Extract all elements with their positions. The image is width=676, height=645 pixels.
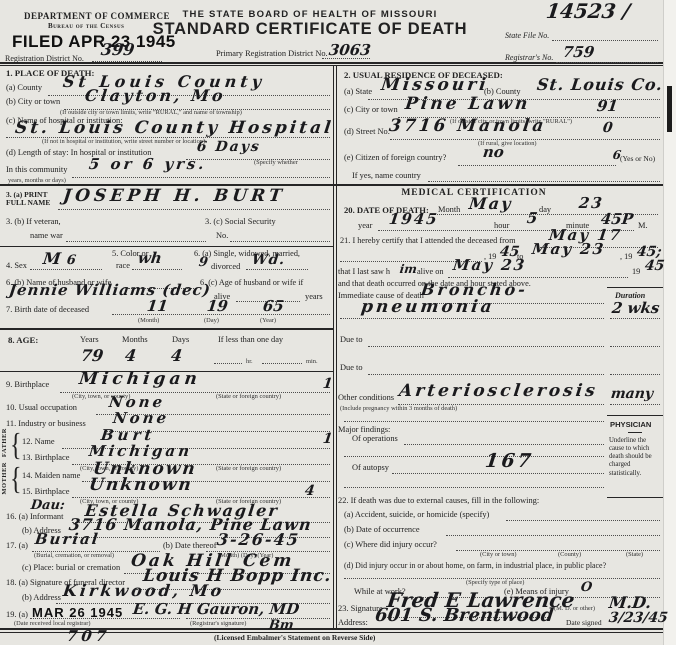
residence-city-label: (c) City or town	[344, 106, 398, 114]
dotted-line	[610, 318, 660, 319]
scan-artifact-bar	[667, 86, 672, 132]
informant-relation: Dau:	[30, 499, 66, 512]
specify-note2: years, months or days)	[8, 178, 66, 184]
dotted-line	[92, 61, 162, 62]
last-saw-label: that I last saw h	[338, 268, 390, 276]
father-name-label: 12. Name	[22, 438, 55, 446]
means-of-injury-code: O	[580, 581, 593, 594]
embalmer-note: (Licensed Embalmer's Statement on Revers…	[214, 634, 375, 642]
accident-label: (a) Accident, suicide, or homicide (spec…	[344, 511, 489, 519]
certify-19b: , 19	[620, 253, 632, 261]
duration-box-top	[607, 287, 663, 288]
state-file-label: State File No.	[505, 32, 549, 40]
color-value: wh	[137, 251, 163, 266]
certify-year2: 45;	[636, 245, 662, 259]
dotted-line	[72, 177, 330, 178]
mother-birthplace-value: Unknown	[88, 477, 194, 494]
sex-code: 6	[66, 254, 77, 267]
month-note: (Month)	[138, 318, 159, 324]
community-label: In this community	[6, 166, 67, 174]
registrar-signature-note: (Registrar's signature)	[190, 621, 246, 627]
duration-value: 2 wks	[611, 301, 660, 316]
father-bp-state-note: (State or foreign country)	[216, 466, 281, 472]
spouse-value: Jennie Williams (dec)	[8, 283, 212, 298]
street-value: 3716 Manola	[388, 118, 547, 135]
residence-state-value: Missouri	[380, 77, 490, 94]
dod-month-value: May	[468, 196, 513, 212]
md-or-other-note: (M. D. or other)	[554, 606, 595, 612]
alive-on-label: alive on	[417, 268, 444, 276]
mother-birthplace-label: 15. Birthplace	[22, 488, 69, 496]
dotted-line	[448, 277, 628, 278]
death-certificate-document: DEPARTMENT OF COMMERCE Bureau of the Cen…	[0, 0, 676, 645]
dotted-line	[344, 421, 604, 422]
received-label: 19. (a)	[6, 611, 28, 619]
min-label: min.	[306, 359, 318, 365]
marital-label2: divorced	[211, 263, 240, 271]
dod-hour-value: 5	[526, 211, 538, 226]
veteran-label: 3. (b) If veteran,	[6, 218, 61, 226]
burial-place-label: (c) Place: burial or cremation	[22, 564, 120, 572]
reg-district-value: 399	[100, 42, 135, 58]
community-value: 5 or 6 yrs.	[88, 157, 208, 172]
birthdate-year: 65	[262, 299, 285, 314]
hospital-note: (If not in hospital or institution, writ…	[42, 139, 205, 145]
rule-above-age	[0, 328, 333, 330]
dod-year-label: year	[358, 222, 372, 230]
physician-box-top	[607, 415, 663, 416]
physician-note: Underline the cause to which death shoul…	[609, 437, 661, 478]
dotted-line	[246, 269, 308, 270]
dotted-line	[186, 618, 330, 619]
mother-name-label: 14. Maiden name	[22, 472, 80, 480]
dotted-line	[458, 165, 616, 166]
dotted-line	[446, 535, 660, 536]
certify-line1: 21. I hereby certify that I attended the…	[340, 237, 516, 245]
date-signed-label: Date signed	[566, 619, 602, 627]
hospital-value: St. Louis County Hospital	[14, 120, 335, 137]
specify-note: (Specify whether	[254, 160, 298, 166]
dept-line1: DEPARTMENT OF COMMERCE	[24, 12, 170, 21]
ssn-no-label: No.	[216, 232, 228, 240]
age-years-header: Years	[80, 336, 99, 344]
physician-address-value: 601 S. Brentwood	[374, 607, 555, 625]
age-less-header: If less than one day	[218, 336, 283, 344]
physician-title: PHYSICIAN	[610, 421, 651, 429]
age-days-value: 4	[170, 348, 183, 364]
father-name-code: 1	[322, 432, 333, 446]
other-conditions-duration: many	[610, 387, 654, 401]
city-value: Clayton, Mo	[84, 88, 227, 104]
age-years-value: 79	[80, 348, 104, 364]
primary-district-label: Primary Registration District No.	[216, 50, 328, 58]
other-conditions-value: Arteriosclerosis	[398, 383, 599, 400]
dod-minute-value: 45P	[600, 212, 634, 227]
dotted-line	[610, 346, 660, 347]
veteran-war-label: name war	[30, 232, 63, 240]
date-signed-value: 3/23/45	[608, 611, 669, 625]
dotted-line	[230, 241, 330, 242]
injury-county-note: (County)	[558, 552, 581, 558]
citizen-label: (e) Citizen of foreign country?	[344, 154, 446, 162]
fullname-value: JOSEPH H. BURT	[62, 188, 287, 205]
father-brace: {	[10, 429, 22, 464]
dotted-line	[506, 520, 660, 521]
dotted-line	[428, 181, 660, 182]
external-causes-heading: 22. If death was due to external causes,…	[338, 497, 539, 505]
father-name-value: Burt	[100, 428, 156, 443]
primary-district-value: 3063	[328, 43, 372, 58]
physician-dash	[628, 432, 642, 433]
physician-degree: M.D.	[608, 595, 652, 611]
citizen-yesno-note: (Yes or No)	[620, 155, 655, 163]
citizen-value: no	[482, 145, 505, 160]
residence-city-value: Pine Lawn	[404, 96, 531, 113]
attended-to-value: May 23	[531, 242, 606, 257]
immediate-cause-value2: pneumonia	[360, 299, 496, 316]
spouse-age-years-label: years	[305, 293, 323, 301]
dotted-line	[340, 318, 604, 319]
burial-value: Burial	[34, 532, 100, 547]
column-divider-right	[336, 66, 337, 628]
birthplace-state-note: (State or foreign country)	[216, 394, 281, 400]
year-note: (Year)	[260, 318, 276, 324]
physician-box-bottom	[607, 497, 663, 498]
board-title: THE STATE BOARD OF HEALTH OF MISSOURI	[150, 10, 470, 20]
residence-city-code: 91	[596, 99, 619, 114]
occurrence-date-label: (b) Date of occurrence	[344, 526, 420, 534]
page-title: STANDARD CERTIFICATE OF DEATH	[150, 21, 470, 38]
street-code: 0	[602, 121, 613, 135]
birthplace-value: Michigan	[78, 371, 202, 388]
last-saw-him: im	[399, 263, 418, 275]
injury-city-note: (City or town)	[480, 552, 517, 558]
dotted-line	[368, 374, 604, 375]
dept-line2: Bureau of the Census	[48, 23, 124, 30]
pregnancy-note: (Include pregnancy within 3 months of de…	[340, 406, 457, 412]
city-label: (b) City or town	[6, 98, 60, 106]
dotted-line	[132, 269, 182, 270]
autopsy-code: 167	[484, 452, 535, 471]
burial-date-label: (b) Date thereof	[163, 542, 216, 550]
age-days-header: Days	[172, 336, 189, 344]
autopsy-label: Of autopsy	[352, 464, 389, 472]
header-rule-bottom	[0, 65, 663, 66]
county-label: (a) County	[6, 84, 42, 92]
last-saw-date: May 23	[452, 258, 527, 273]
mother-rotated-label: MOTHER	[1, 462, 8, 495]
operations-label: Of operations	[352, 435, 398, 443]
dotted-line	[392, 473, 604, 474]
father-birthplace-label: 13. Birthplace	[22, 454, 69, 462]
burial-label: 17. (a)	[6, 542, 28, 550]
dotted-line	[30, 618, 180, 619]
street-label: (d) Street No.	[344, 128, 390, 136]
hr-label: hr.	[246, 359, 253, 365]
dotted-line	[610, 374, 660, 375]
marital-value: Wd.	[251, 253, 286, 267]
dotted-line	[58, 209, 330, 210]
marital-code: 9	[198, 256, 209, 269]
reg-district-label: Registration District No.	[5, 55, 84, 63]
dod-m-label: M.	[638, 222, 648, 230]
physician-address-label: Address:	[338, 619, 368, 627]
certify-19c: 19	[632, 268, 640, 276]
spouse-age-label1: 6. (c) Age of husband or wife if	[200, 279, 303, 287]
birthdate-label: 7. Birth date of deceased	[6, 306, 89, 314]
mother-bp-code: 4	[304, 484, 315, 498]
injury-place-label: (d) Did injury occur in or about home, o…	[344, 562, 606, 570]
dotted-line	[368, 346, 604, 347]
fullname-label2: FULL NAME	[6, 199, 50, 207]
industry-value: None	[112, 411, 170, 426]
other-conditions-label: Other conditions	[338, 394, 394, 402]
dotted-line	[610, 404, 660, 405]
color-label2: race	[116, 262, 130, 270]
residence-state-label: (a) State	[344, 88, 372, 96]
dotted-line	[552, 40, 658, 41]
length-of-stay-value: 6 Days	[196, 140, 262, 154]
dotted-line	[214, 363, 242, 364]
mother-brace: {	[10, 463, 22, 498]
ssn-label: 3. (c) Social Security	[205, 218, 276, 226]
age-months-value: 4	[124, 348, 137, 364]
registrar-signature: E. G. H Gauron, MD	[132, 602, 300, 617]
residence-county-value: St. Louis Co.	[536, 77, 664, 93]
birthdate-day: 19	[206, 299, 229, 314]
birthdate-month: 11	[146, 299, 169, 314]
dotted-line	[556, 62, 658, 63]
due-to-label-1: Due to	[340, 336, 363, 344]
day-note: (Day)	[204, 318, 219, 324]
occupation-value: None	[108, 395, 166, 410]
rule-under-veteran	[0, 246, 333, 247]
father-rotated-label: FATHER	[1, 428, 8, 457]
burial-note: (Burial, cremation, or removal)	[34, 553, 114, 559]
certify-year3: 45	[644, 259, 665, 273]
dotted-line	[404, 444, 604, 445]
dotted-line	[66, 241, 206, 242]
dod-day-value: 23	[578, 196, 605, 211]
injury-state-note: (State)	[626, 552, 643, 558]
injury-place-note: (Specify type of place)	[466, 580, 524, 586]
registrar-no-value: 759	[562, 45, 595, 60]
footer-code: 707	[66, 629, 111, 644]
immediate-cause-value1: Broncho-	[420, 282, 529, 298]
dod-year-value: 1945	[388, 212, 440, 227]
funeral-director-address-value: Kirkwood, Mo	[62, 583, 225, 599]
occupation-label: 10. Usual occupation	[6, 404, 77, 412]
sex-label: 4. Sex	[6, 262, 27, 270]
industry-label: 11. Industry or business	[6, 420, 86, 428]
funeral-director-address-label: (b) Address	[22, 594, 61, 602]
dotted-line	[262, 363, 302, 364]
birthplace-label: 9. Birthplace	[6, 381, 49, 389]
injury-where-label: (c) Where did injury occur?	[344, 541, 437, 549]
dotted-line	[344, 487, 604, 488]
due-to-label-2: Due to	[340, 364, 363, 372]
registrar-no-label: Registrar's No.	[505, 54, 553, 62]
age-months-header: Months	[122, 336, 148, 344]
informant-label: 16. (a) Informant	[6, 513, 63, 521]
dotted-line	[344, 456, 604, 457]
birthplace-code: 1	[322, 377, 333, 391]
burial-date-value: 3-26-45	[216, 532, 301, 548]
file-number-handwritten: 14523 /	[545, 1, 631, 21]
name-country-label: If yes, name country	[352, 172, 421, 180]
column-divider-left	[333, 66, 334, 628]
age-label: 8. AGE:	[8, 336, 38, 345]
father-birthplace-value: Michigan	[88, 444, 193, 459]
sex-value: M	[42, 251, 62, 267]
dotted-line	[30, 269, 102, 270]
registrar-extra-mark: Bm	[268, 619, 294, 632]
